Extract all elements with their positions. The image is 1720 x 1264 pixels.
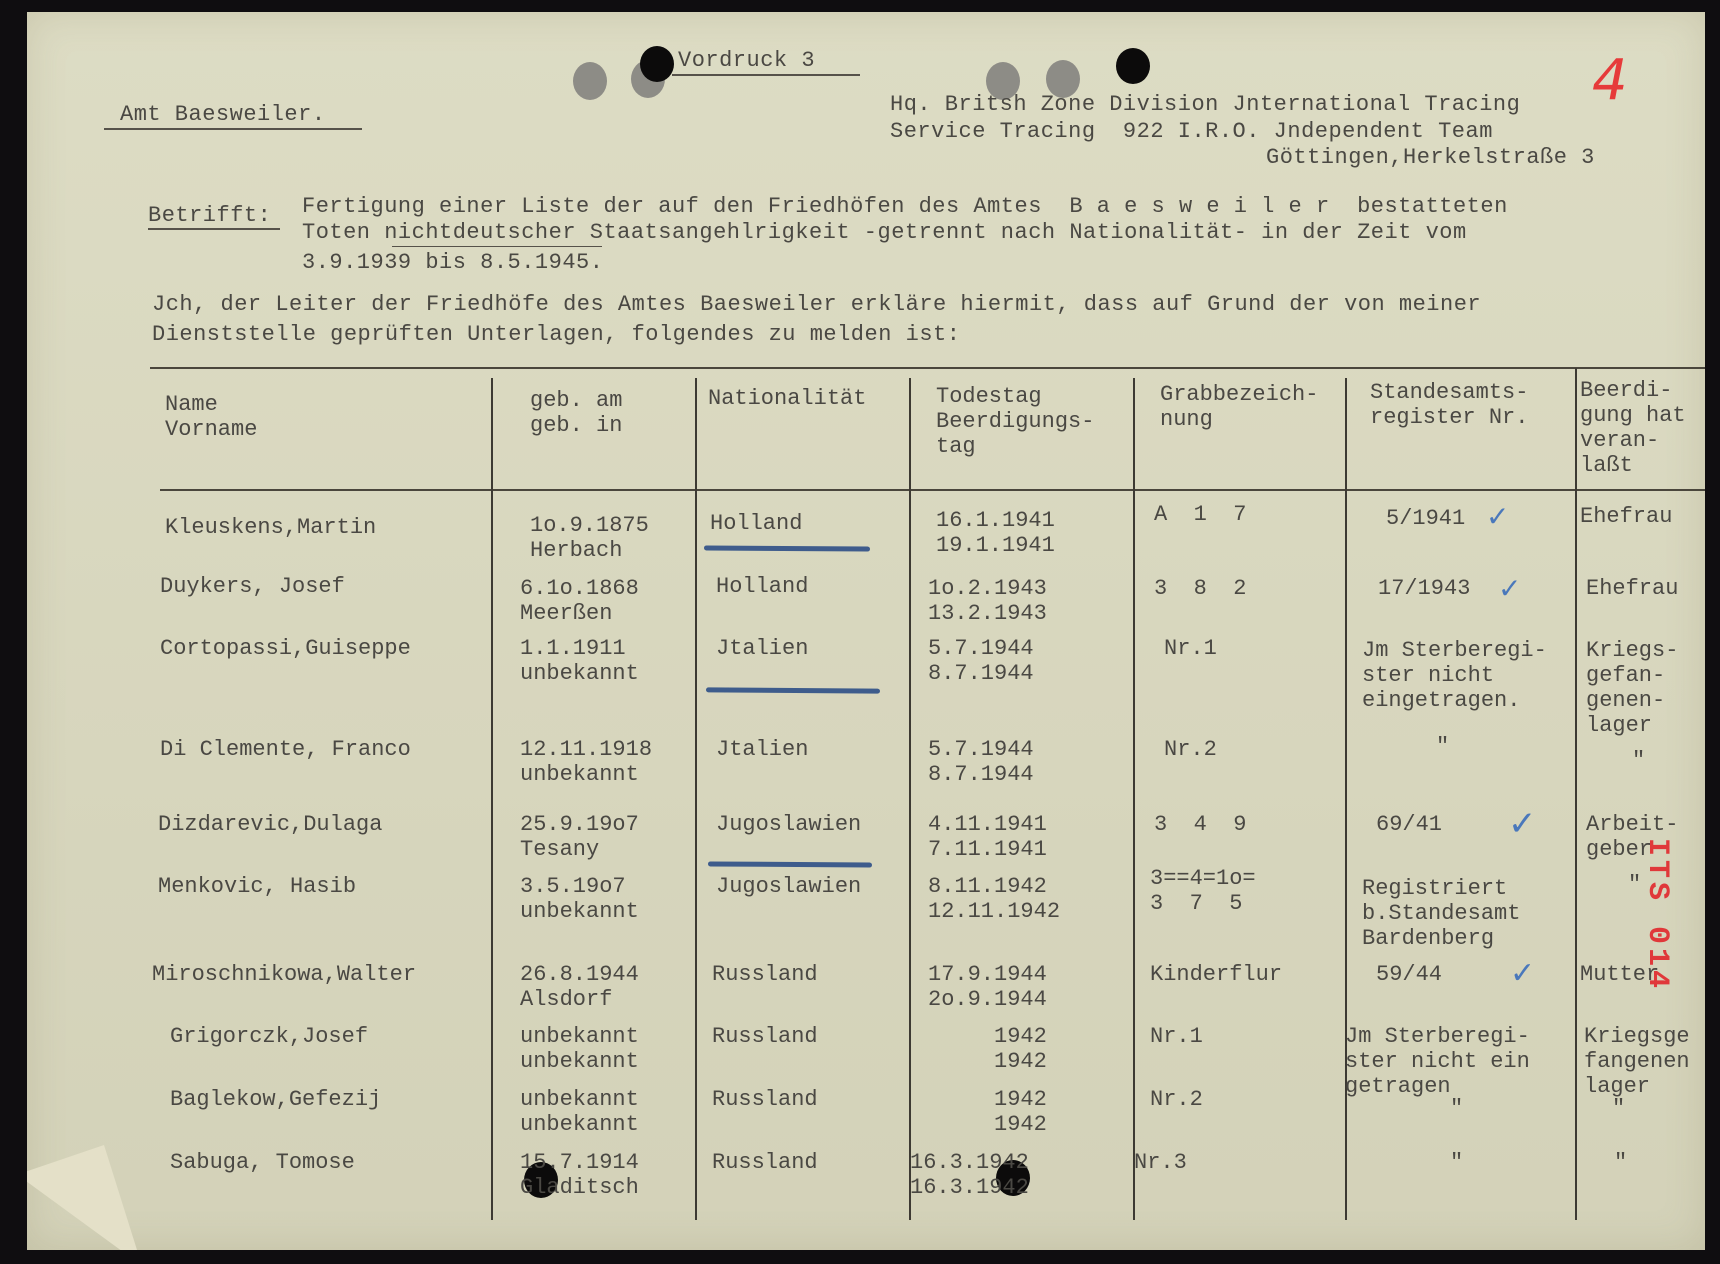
cell-name: Di Clemente, Franco: [160, 737, 411, 762]
cell-name: Baglekow,Gefezij: [170, 1087, 381, 1112]
cell-dates: 1o.2.1943 13.2.1943: [928, 576, 1047, 626]
column-divider: [695, 378, 697, 1220]
header-born: geb. am geb. in: [530, 388, 622, 438]
punch-hole: [573, 62, 607, 100]
addressee-line-1: Hq. Britsh Zone Division Jnternational T…: [890, 92, 1520, 118]
cell-born: 26.8.1944 Alsdorf: [520, 962, 639, 1012]
form-label-underline: [672, 74, 860, 76]
cell-born: 3.5.19o7 unbekannt: [520, 874, 639, 924]
cell-register: Jm Sterberegi- ster nicht ein getragen: [1345, 1024, 1530, 1099]
office-name: Amt Baesweiler.: [120, 102, 326, 128]
cell-register: Jm Sterberegi- ster nicht eingetragen.: [1362, 638, 1547, 713]
cell-register: 69/41: [1376, 812, 1442, 837]
column-divider: [1575, 368, 1577, 1220]
cell-nationality: Jugoslawien: [716, 812, 861, 837]
cell-dates: 5.7.1944 8.7.1944: [928, 737, 1034, 787]
header-arranged-by: Beerdi- gung hat veran- laßt: [1580, 378, 1686, 478]
cell-name: Sabuga, Tomose: [170, 1150, 355, 1175]
subject-line-1: Fertigung einer Liste der auf den Friedh…: [302, 194, 1508, 220]
subject-line-3: 3.9.1939 bis 8.5.1945.: [302, 250, 603, 276]
cell-nationality: Russland: [712, 962, 818, 987]
cell-name: Miroschnikowa,Walter: [152, 962, 416, 987]
cell-dates: 5.7.1944 8.7.1944: [928, 636, 1034, 686]
cell-grave: Kinderflur: [1150, 962, 1282, 987]
cell-grave: A 1 7: [1154, 502, 1246, 527]
header-grave: Grabbezeich- nung: [1160, 382, 1318, 432]
cell-nationality: Holland: [716, 574, 808, 599]
cell-register: ": [1436, 734, 1449, 759]
cell-arranged-by: Ehefrau: [1586, 576, 1678, 601]
subject-line-2: Toten nichtdeutscher Staatsangehlrigkeit…: [302, 220, 1467, 246]
cell-arranged-by: Ehefrau: [1580, 504, 1672, 529]
cell-born: 12.11.1918 unbekannt: [520, 737, 652, 787]
cell-nationality: Jtalien: [716, 737, 808, 762]
cell-arranged-by: ": [1614, 1150, 1627, 1175]
addressee-line-3: Göttingen,Herkelstraße 3: [1266, 145, 1595, 171]
cell-nationality: Jugoslawien: [716, 874, 861, 899]
cell-arranged-by: ": [1612, 1096, 1625, 1121]
subject-label: Betrifft:: [148, 203, 271, 229]
cell-grave: 3 8 2: [1154, 576, 1246, 601]
cell-arranged-by: Kriegsge fangenen lager: [1584, 1024, 1690, 1099]
nichtdeutscher-underline: [392, 246, 602, 247]
cell-name: Kleuskens,Martin: [165, 515, 376, 540]
cell-dates: 8.11.1942 12.11.1942: [928, 874, 1060, 924]
cell-dates: 16.3.1942 16.3.1942: [910, 1150, 1029, 1200]
cell-register: 17/1943: [1378, 576, 1470, 601]
cell-dates: 1942 1942: [928, 1087, 1047, 1137]
cell-born: 1.1.1911 unbekannt: [520, 636, 639, 686]
declaration-line-2: Dienststelle geprüften Unterlagen, folge…: [152, 322, 960, 348]
cell-nationality: Russland: [712, 1024, 818, 1049]
cell-arranged-by: Kriegs- gefan- genen- lager: [1586, 638, 1678, 738]
cell-name: Cortopassi,Guiseppe: [160, 636, 411, 661]
cell-nationality: Jtalien: [716, 636, 808, 661]
checkmark-icon: ✓: [1510, 956, 1535, 991]
its-stamp: ITS 014: [1640, 838, 1674, 992]
cell-name: Menkovic, Hasib: [158, 874, 356, 899]
subject-label-underline: [148, 228, 280, 230]
cell-register: 59/44: [1376, 962, 1442, 987]
cell-born: 1o.9.1875 Herbach: [530, 513, 649, 563]
cell-grave: Nr.2: [1150, 1087, 1203, 1112]
cell-register: 5/1941: [1386, 506, 1465, 531]
cell-grave: Nr.1: [1150, 1024, 1203, 1049]
cell-register: ": [1450, 1150, 1463, 1175]
column-divider: [909, 378, 911, 1220]
cell-grave: Nr.3: [1134, 1150, 1187, 1175]
punch-hole: [640, 46, 674, 82]
cell-dates: 16.1.1941 19.1.1941: [936, 508, 1055, 558]
checkmark-icon: ✓: [1498, 572, 1521, 605]
checkmark-icon: ✓: [1486, 500, 1509, 533]
cell-born: 15.7.1914 Gladitsch: [520, 1150, 639, 1200]
column-divider: [1133, 378, 1135, 1220]
declaration-line-1: Jch, der Leiter der Friedhöfe des Amtes …: [152, 292, 1481, 318]
cell-grave: Nr.2: [1164, 737, 1217, 762]
cell-dates: 4.11.1941 7.11.1941: [928, 812, 1047, 862]
cell-born: 6.1o.1868 Meerßen: [520, 576, 639, 626]
table-top-rule: [150, 367, 1705, 369]
header-name: Name Vorname: [165, 392, 257, 442]
cell-dates: 17.9.1944 2o.9.1944: [928, 962, 1047, 1012]
cell-name: Duykers, Josef: [160, 574, 345, 599]
checkmark-icon: ✓: [1508, 804, 1537, 844]
header-death-burial: Todestag Beerdigungs- tag: [936, 384, 1094, 459]
header-register: Standesamts- register Nr.: [1370, 380, 1528, 430]
cell-born: 25.9.19o7 Tesany: [520, 812, 639, 862]
cell-nationality: Holland: [710, 511, 802, 536]
cell-dates: 1942 1942: [928, 1024, 1047, 1074]
table-header-rule: [160, 489, 1705, 491]
cell-grave: 3 4 9: [1154, 812, 1246, 837]
cell-register: Registriert b.Standesamt Bardenberg: [1362, 876, 1520, 951]
cell-born: unbekannt unbekannt: [520, 1024, 639, 1074]
cell-register: ": [1450, 1096, 1463, 1121]
office-underline: [104, 128, 362, 130]
cell-arranged-by: ": [1632, 748, 1645, 773]
cell-name: Grigorczk,Josef: [170, 1024, 368, 1049]
addressee-line-2: Service Tracing 922 I.R.O. Jndependent T…: [890, 119, 1493, 145]
cell-nationality: Russland: [712, 1087, 818, 1112]
header-nationality: Nationalität: [708, 386, 866, 411]
column-divider: [491, 378, 493, 1220]
handwritten-page-number: 4: [1592, 48, 1628, 113]
cell-grave: Nr.1: [1164, 636, 1217, 661]
punch-hole: [1116, 48, 1150, 84]
cell-born: unbekannt unbekannt: [520, 1087, 639, 1137]
cell-nationality: Russland: [712, 1150, 818, 1175]
form-label: Vordruck 3: [678, 48, 815, 74]
cell-name: Dizdarevic,Dulaga: [158, 812, 382, 837]
cell-grave: 3==4=1o= 3 7 5: [1150, 866, 1256, 916]
